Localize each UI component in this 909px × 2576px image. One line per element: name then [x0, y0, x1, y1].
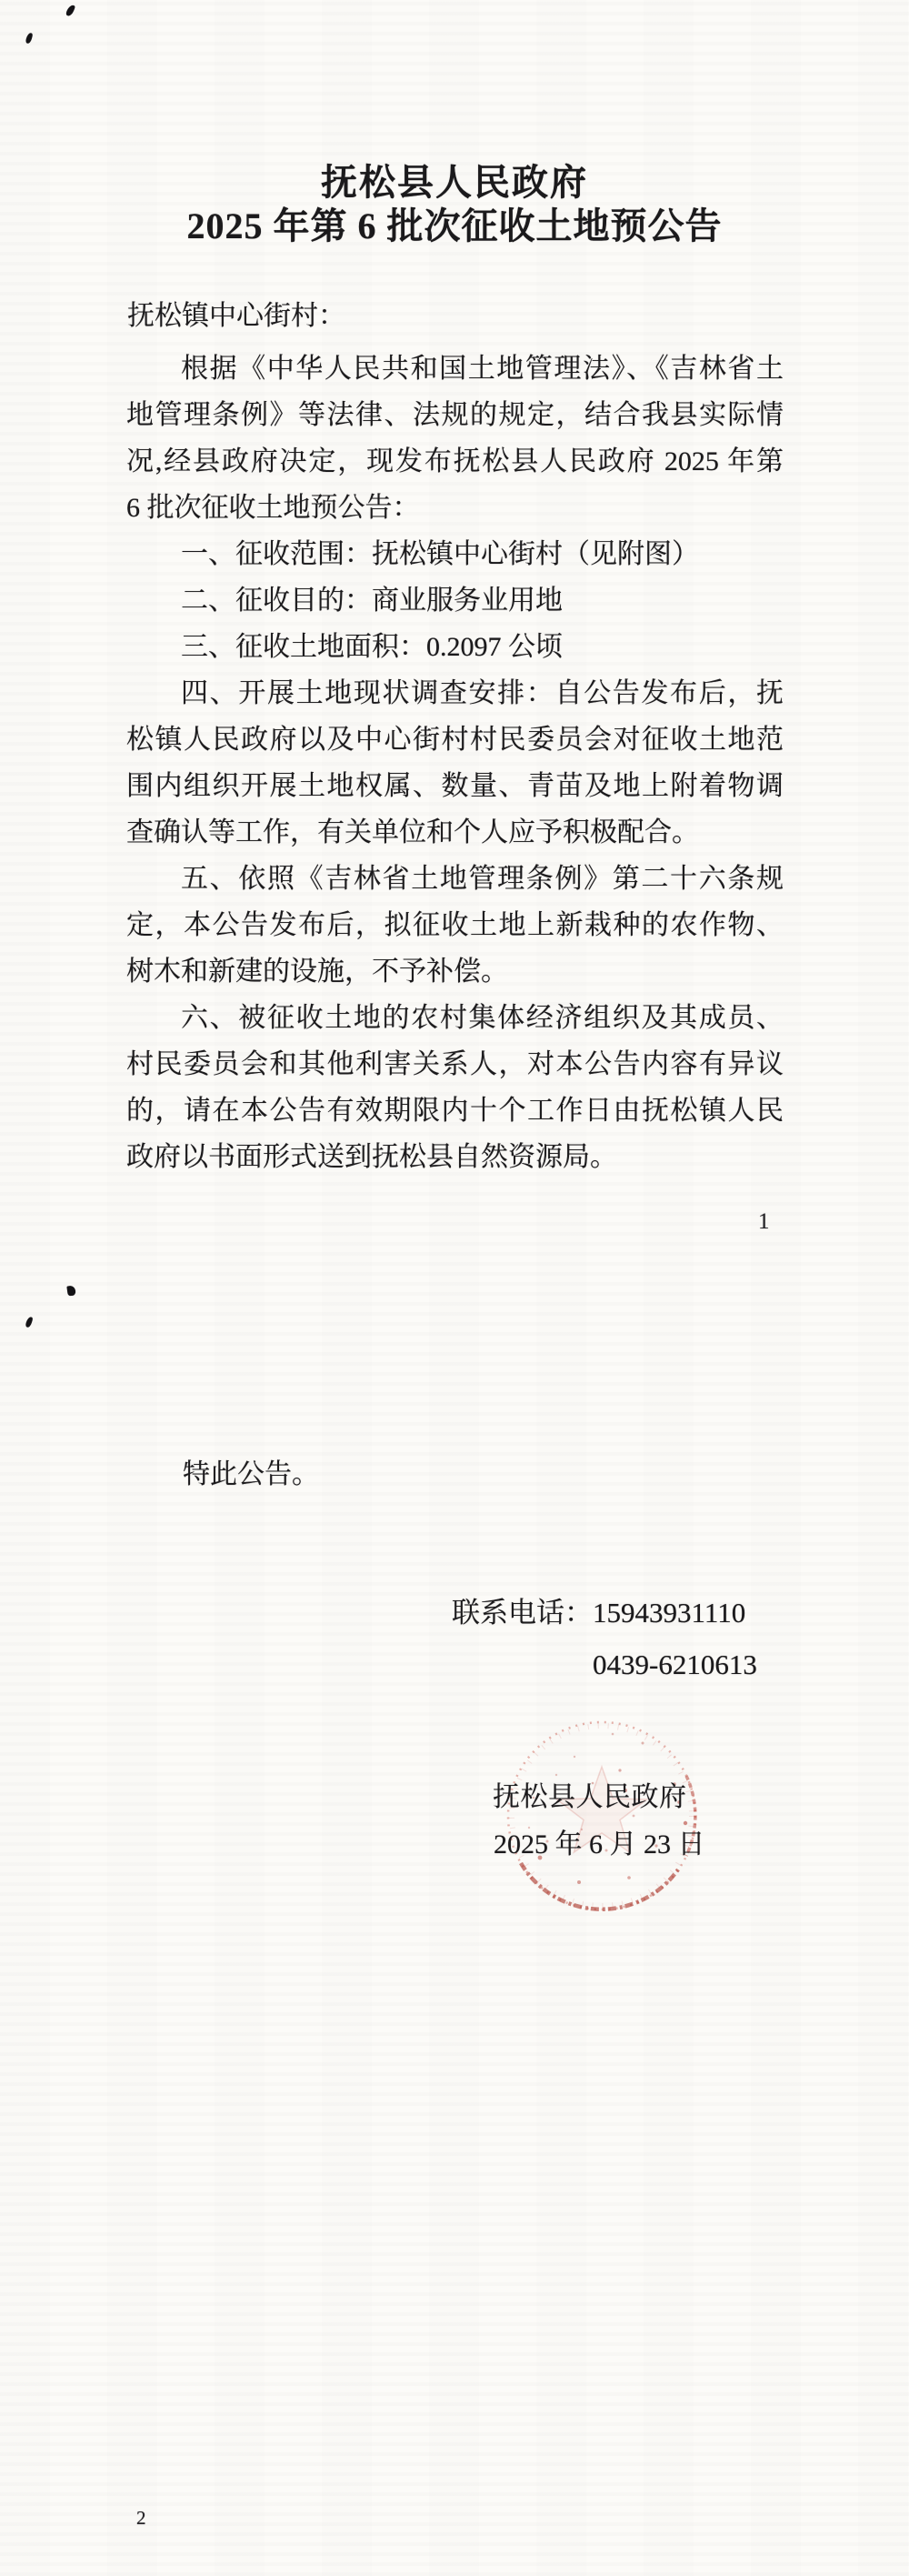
ink-speck — [25, 1316, 33, 1328]
body-line: 根据《中华人民共和国土地管理法》、《吉林省土 — [126, 346, 784, 392]
body-line: 围内组织开展土地权属、数量、青苗及地上附着物调 — [126, 763, 784, 809]
body-line: 四、开展土地现状调查安排：自公告发布后，抚 — [126, 670, 784, 717]
body-line: 三、征收土地面积：0.2097 公顷 — [126, 624, 784, 670]
body-line: 查确认等工作，有关单位和个人应予积极配合。 — [126, 809, 784, 856]
page-number-2: 2 — [136, 2507, 146, 2530]
official-seal — [493, 1707, 711, 1925]
signature-issuer: 抚松县人民政府 — [493, 1782, 687, 1813]
body-line: 五、依照《吉林省土地管理条例》第二十六条规 — [126, 856, 784, 902]
body-line: 况,经县政府决定，现发布抚松县人民政府 2025 年第 — [126, 438, 784, 485]
document-body: 根据《中华人民共和国土地管理法》、《吉林省土 地管理条例》等法律、法规的规定，结… — [126, 346, 784, 1180]
seal-bottom-arc — [521, 1863, 678, 1909]
document-title-line2: 2025 年第 6 批次征收土地预公告 — [0, 205, 909, 248]
signature-date: 2025 年 6 月 23 日 — [494, 1829, 705, 1860]
body-line: 二、征收目的：商业服务业用地 — [126, 577, 784, 624]
body-line: 政府以书面形式送到抚松县自然资源局。 — [126, 1134, 784, 1180]
body-line: 树木和新建的设施，不予补偿。 — [126, 948, 784, 995]
body-line: 的，请在本公告有效期限内十个工作日由抚松镇人民 — [126, 1088, 784, 1134]
closing-statement: 特此公告。 — [126, 1455, 319, 1495]
contact-phone-secondary: 0439-6210613 — [593, 1646, 757, 1684]
body-line: 定，本公告发布后，拟征收土地上新栽种的农作物、 — [126, 902, 784, 948]
scanned-document-page: 抚松县人民政府 2025 年第 6 批次征收土地预公告 抚松镇中心街村： 根据《… — [0, 0, 909, 2576]
body-line: 一、征收范围：抚松镇中心街村（见附图） — [126, 531, 784, 577]
body-line: 松镇人民政府以及中心街村村民委员会对征收土地范 — [126, 717, 784, 763]
contact-phone-primary: 联系电话：15943931110 — [452, 1594, 745, 1632]
body-line: 地管理条例》等法律、法规的规定，结合我县实际情 — [126, 392, 784, 438]
document-title-line1: 抚松县人民政府 — [0, 161, 909, 205]
ink-speck — [25, 32, 34, 44]
ink-speck — [66, 1285, 75, 1296]
ink-speck — [65, 4, 75, 17]
body-line: 村民委员会和其他利害关系人，对本公告内容有异议 — [126, 1041, 784, 1088]
body-line: 六、被征收土地的农村集体经济组织及其成员、 — [126, 995, 784, 1041]
page-number-1: 1 — [758, 1209, 770, 1235]
salutation: 抚松镇中心街村： — [127, 296, 345, 337]
body-line: 6 批次征收土地预公告： — [126, 485, 784, 531]
